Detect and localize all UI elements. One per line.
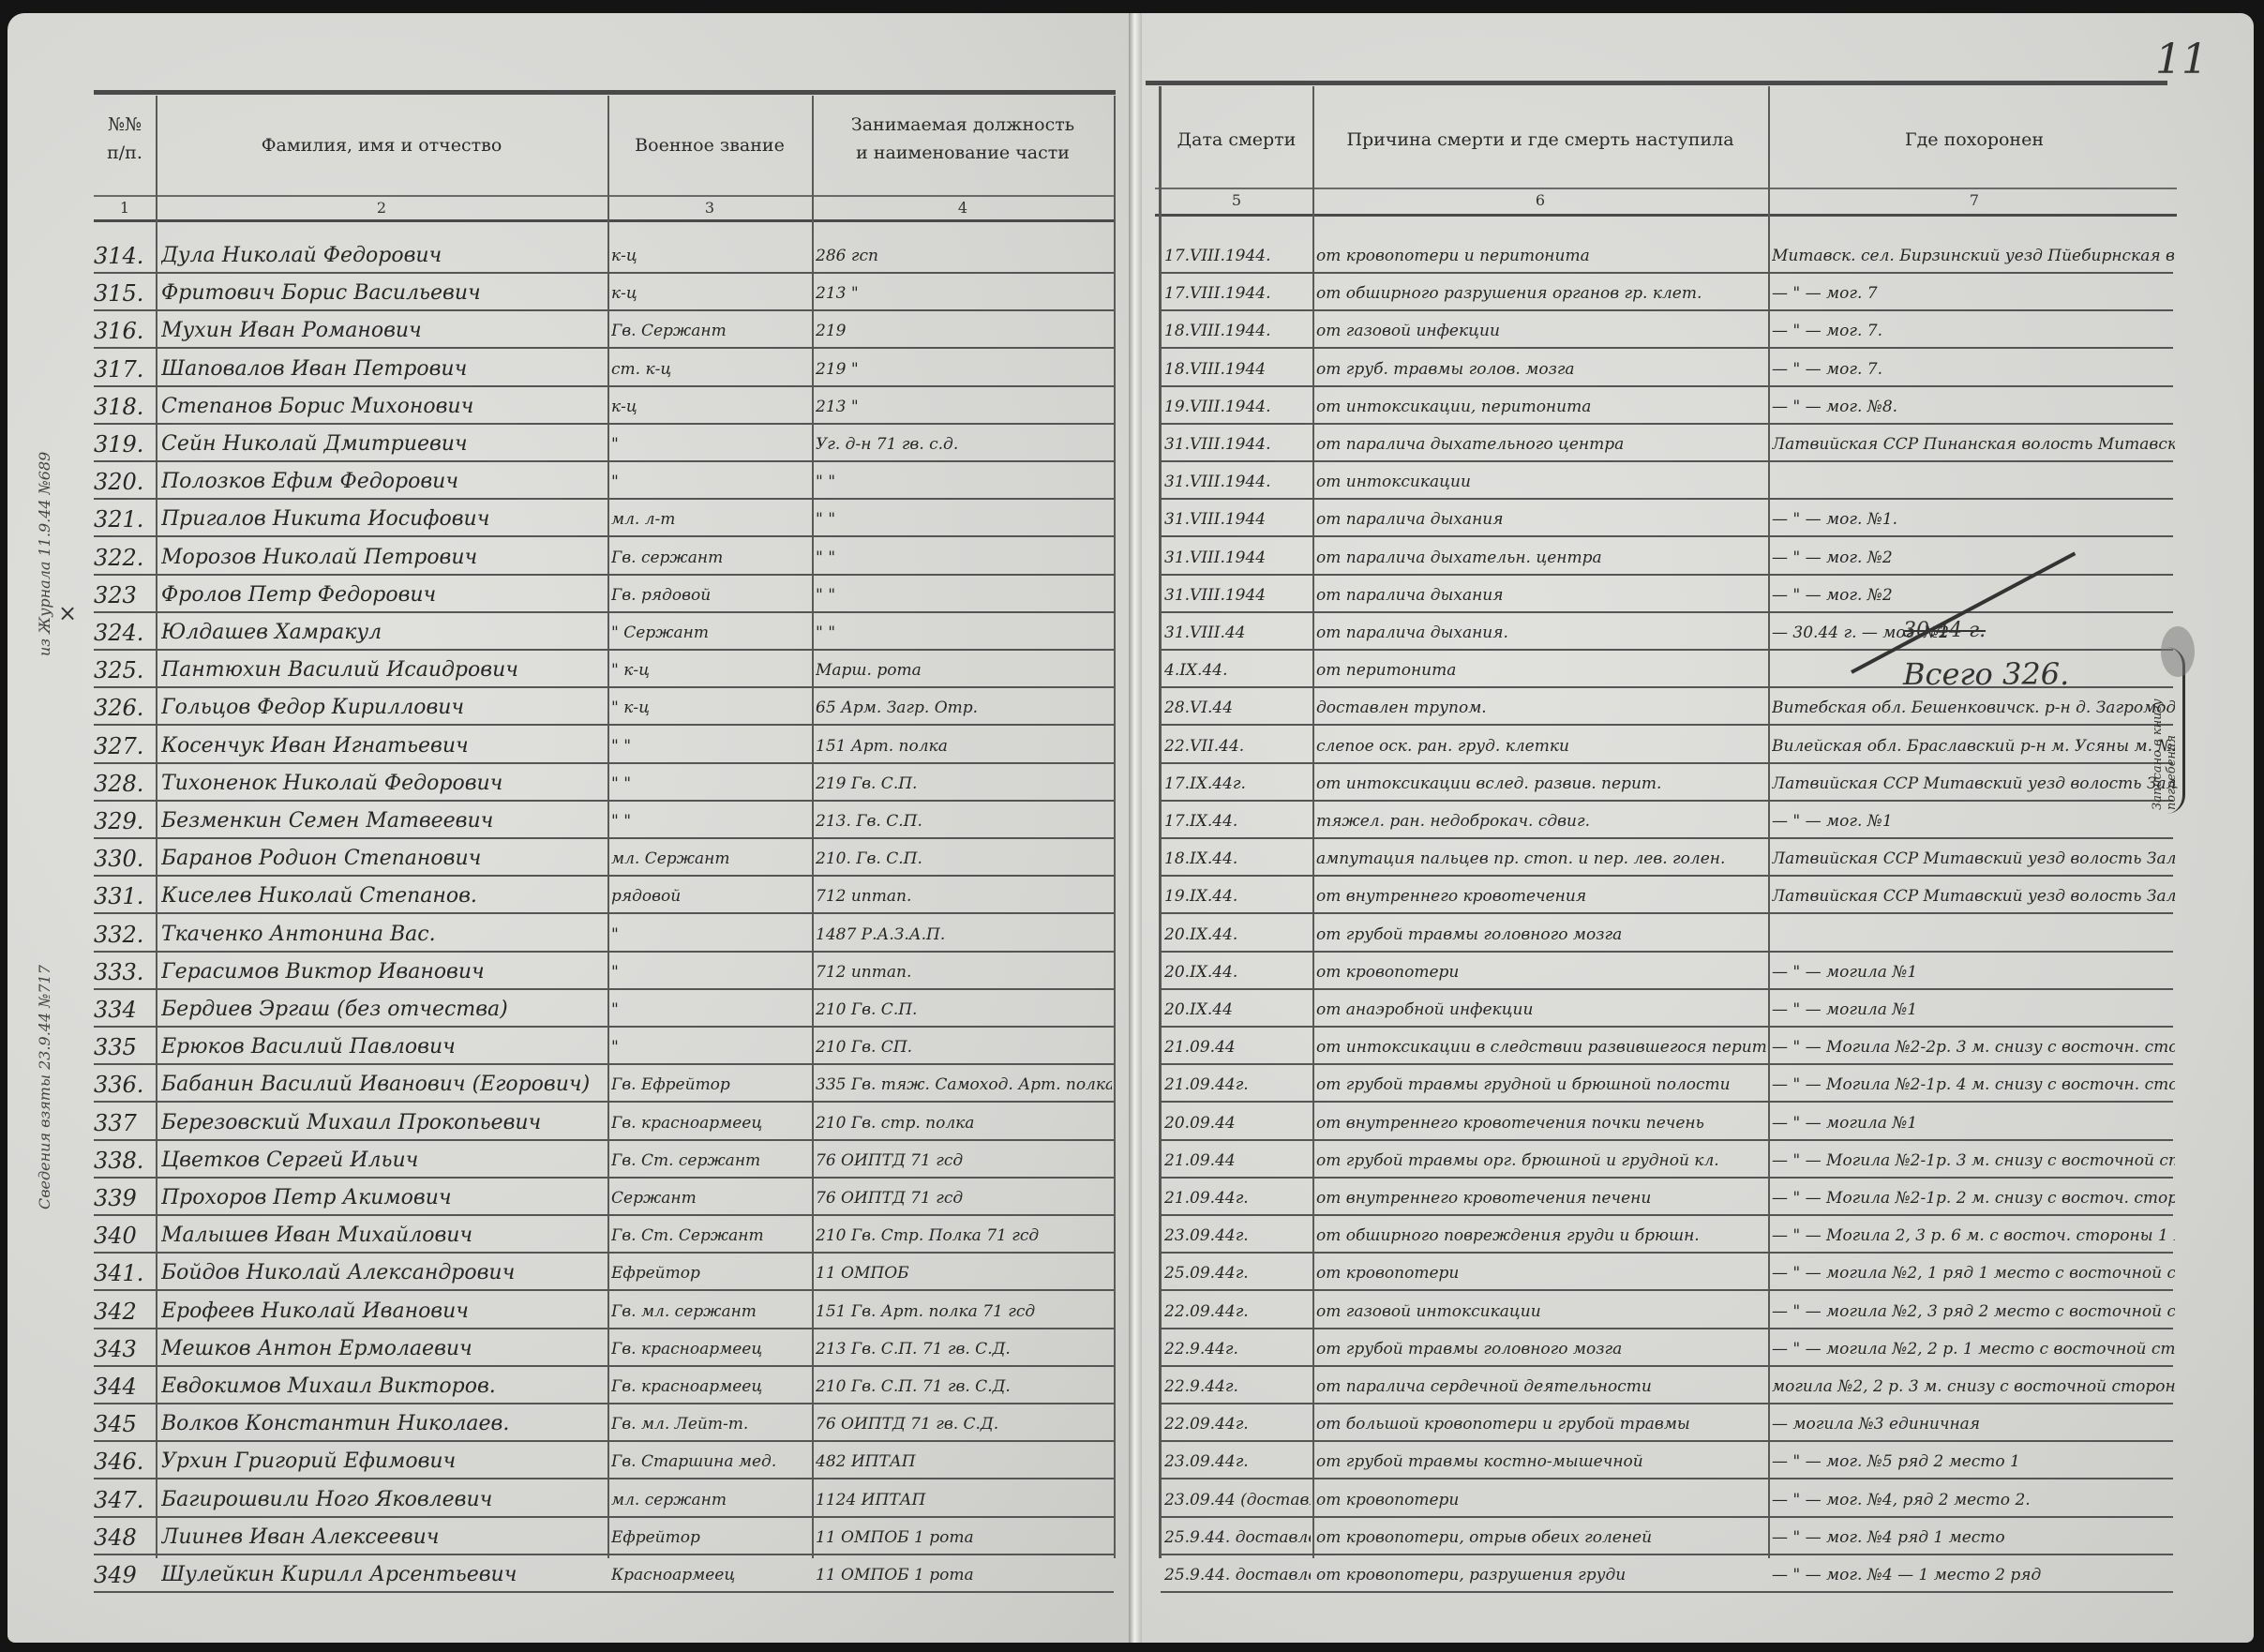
full-name: Косенчук Иван Игнатьевич [161,730,606,762]
unit-position: 11 ОМПОБ 1 рота [816,1522,1112,1554]
death-cause: от паралича дыхательн. центра [1316,542,1766,574]
header-mid-rule-right [1155,188,2177,189]
header-top-rule [94,90,1116,95]
unit-position: 210 Гв. стр. полка [816,1107,1112,1139]
unit-position: 151 Арт. полка [816,730,1112,762]
full-name: Березовский Михаил Прокопьевич [161,1107,606,1139]
row-number: 331. [94,880,156,912]
military-rank: Гв. Ефрейтор [611,1069,810,1101]
full-name: Дула Николай Федорович [161,240,606,272]
death-cause: от кровопотери [1316,1484,1766,1516]
death-cause: от внутреннего кровотечения [1316,880,1766,912]
unit-position: 1487 Р.А.З.А.П. [816,919,1112,951]
burial-place: — " — Могила 2, 3 р. 6 м. с восточ. стор… [1772,1220,2175,1252]
death-cause: от интоксикации в следствии развившегося… [1316,1031,1766,1063]
death-cause: от грубой травмы костно-мышечной [1316,1446,1766,1478]
military-rank: мл. л-т [611,503,810,535]
burial-place: Митавск. сел. Бирзинский уезд Пйебирнска… [1772,240,2175,272]
full-name: Юлдашев Хамракул [161,617,606,649]
row-number: 343 [94,1333,156,1365]
death-cause: от грубой травмы головного мозга [1316,919,1766,951]
row-number: 330. [94,843,156,875]
burial-place: — " — мог. №1. [1772,503,2175,535]
row-number: 326. [94,692,156,724]
row-number: 324. [94,617,156,649]
military-rank: Гв. Сержант [611,315,810,347]
row-number: 323 [94,579,156,611]
military-rank: Гв. рядовой [611,579,810,611]
full-name: Фролов Петр Федорович [161,579,606,611]
death-cause: тяжел. ран. недоброкач. сдвиг. [1316,805,1766,837]
column-number-7: 7 [1768,191,2181,209]
unit-position: 213. Гв. С.П. [816,805,1112,837]
burial-place: — " — Могила №2-1р. 3 м. снизу с восточн… [1772,1145,2175,1177]
burial-place: Латвийская ССР Пинанская волость Митавск… [1772,428,2175,460]
death-date: 22.09.44г. [1164,1296,1311,1328]
full-name: Гольцов Федор Кириллович [161,692,606,724]
death-date: 31.VIII.1944 [1164,503,1311,535]
full-name: Волков Константин Николаев. [161,1408,606,1440]
header-death-cause: Причина смерти и где смерть наступила [1312,126,1768,154]
full-name: Евдокимов Михаил Викторов. [161,1371,606,1403]
military-rank: рядовой [611,880,810,912]
military-rank: " " [611,768,810,800]
death-date: 18.VIII.1944 [1164,353,1311,385]
burial-place: — " — мог. 7. [1772,315,2175,347]
death-date: 21.09.44 [1164,1145,1311,1177]
row-number: 328. [94,768,156,800]
row-number: 319. [94,428,156,460]
unit-position: 219 [816,315,1112,347]
burial-place: могила №2, 2 р. 3 м. снизу с восточной с… [1772,1371,2175,1403]
full-name: Бердиев Эргаш (без отчества) [161,994,606,1026]
row-number: 348 [94,1522,156,1554]
death-date: 23.09.44г. [1164,1446,1311,1478]
military-rank: Гв. красноармеец [611,1371,810,1403]
unit-position: 712 иптап. [816,880,1112,912]
death-date: 25.9.44. доставлен трупом [1164,1559,1311,1591]
unit-position: 335 Гв. тяж. Самоход. Арт. полка [816,1069,1112,1101]
unit-position: 11 ОМПОБ 1 рота [816,1559,1112,1591]
unit-position: 482 ИПТАП [816,1446,1112,1478]
death-date: 31.VIII.1944. [1164,428,1311,460]
burial-place: — " — Могила №2-1р. 4 м. снизу с восточн… [1772,1069,2175,1101]
unit-position: 286 гсп [816,240,1112,272]
burial-place: Латвийская ССР Митавский уезд волость За… [1772,768,2175,800]
unit-position: 213 " [816,278,1112,309]
military-rank: Гв. красноармеец [611,1107,810,1139]
burial-place: — " — могила №2, 3 ряд 2 место с восточн… [1772,1296,2175,1328]
burial-place: — " — мог. №2 [1772,542,2175,574]
header-bottom-rule-right [1155,214,2177,217]
burial-place: — " — мог. №4, ряд 2 место 2. [1772,1484,2175,1516]
death-cause: от интоксикации вслед. развив. перит. [1316,768,1766,800]
full-name: Шаповалов Иван Петрович [161,353,606,385]
unit-position: 210 Гв. СП. [816,1031,1112,1063]
burial-place: — " — мог. №4 — 1 место 2 ряд [1772,1559,2175,1591]
death-date: 22.9.44г. [1164,1371,1311,1403]
death-date: 17.VIII.1944. [1164,240,1311,272]
death-cause: от грубой травмы грудной и брюшной полос… [1316,1069,1766,1101]
death-cause: слепое оск. ран. груд. клетки [1316,730,1766,762]
death-cause: от обширного разрушения органов гр. клет… [1316,278,1766,309]
death-date: 19.IX.44. [1164,880,1311,912]
unit-position: 712 иптап. [816,956,1112,988]
full-name: Полозков Ефим Федорович [161,466,606,498]
row-number: 340 [94,1220,156,1252]
full-name: Бабанин Василий Иванович (Егорович) [161,1069,606,1101]
full-name: Малышев Иван Михайлович [161,1220,606,1252]
military-rank: к-ц [611,240,810,272]
military-rank: к-ц [611,278,810,309]
death-date: 21.09.44г. [1164,1182,1311,1214]
burial-place: — могила №3 единичная [1772,1408,2175,1440]
military-rank: Гв. красноармеец [611,1333,810,1365]
death-cause: от паралича дыхания [1316,579,1766,611]
burial-place: — " — Могила №2-1р. 2 м. снизу с восточ.… [1772,1182,2175,1214]
burial-place: — " — мог. 7 [1772,278,2175,309]
death-cause: от анаэробной инфекции [1316,994,1766,1026]
death-cause: от интоксикации [1316,466,1766,498]
row-number: 314. [94,240,156,272]
unit-position: " " [816,617,1112,649]
unit-position: " " [816,466,1112,498]
death-date: 22.09.44г. [1164,1408,1311,1440]
unit-position: 210 Гв. С.П. [816,994,1112,1026]
row-number: 327. [94,730,156,762]
row-number: 339 [94,1182,156,1214]
death-cause: от паралича сердечной деятельности [1316,1371,1766,1403]
column-number-5: 5 [1161,191,1312,209]
death-date: 31.VIII.1944. [1164,466,1311,498]
death-cause: от кровопотери и перитонита [1316,240,1766,272]
death-cause: от газовой интоксикации [1316,1296,1766,1328]
death-date: 18.IX.44. [1164,843,1311,875]
death-date: 23.09.44г. [1164,1220,1311,1252]
military-rank: Красноармеец [611,1559,810,1591]
burial-place: — " — могила №1 [1772,994,2175,1026]
column-number-1: 1 [94,199,156,217]
death-date: 25.9.44. доставлен трупом [1164,1522,1311,1554]
death-cause: от газовой инфекции [1316,315,1766,347]
column-number-6: 6 [1312,191,1768,209]
column-number-3: 3 [607,199,812,217]
header-top-rule-right [1146,81,2167,85]
full-name: Баранов Родион Степанович [161,843,606,875]
death-date: 31.VIII.44 [1164,617,1311,649]
full-name: Мухин Иван Романович [161,315,606,347]
death-cause: от большой кровопотери и грубой травмы [1316,1408,1766,1440]
unit-position: 210 Гв. Стр. Полка 71 гсд [816,1220,1112,1252]
unit-position: 219 " [816,353,1112,385]
row-number: 322. [94,542,156,574]
unit-position: " " [816,542,1112,574]
death-date: 21.09.44г. [1164,1069,1311,1101]
margin-note-bottom: Сведения взяты 23.9.44 №717 [36,965,53,1209]
row-number: 334 [94,994,156,1026]
page-number: 11 [2155,36,2208,83]
military-rank: мл. сержант [611,1484,810,1516]
death-date: 4.IX.44. [1164,654,1311,686]
row-number: 335 [94,1031,156,1063]
death-cause: от перитонита [1316,654,1766,686]
row-number: 321. [94,503,156,535]
full-name: Лиинев Иван Алексеевич [161,1522,606,1554]
row-number: 338. [94,1145,156,1177]
death-cause: от кровопотери, разрушения груди [1316,1559,1766,1591]
death-cause: от внутреннего кровотечения почки печень [1316,1107,1766,1139]
row-number: 336. [94,1069,156,1101]
total-count: Всего 326. [1903,656,2069,692]
burial-place: — " — мог. №4 ряд 1 место [1772,1522,2175,1554]
death-date: 22.9.44г. [1164,1333,1311,1365]
full-name: Багирошвили Ного Яковлевич [161,1484,606,1516]
death-date: 20.IX.44 [1164,994,1311,1026]
military-rank: Гв. мл. сержант [611,1296,810,1328]
death-cause: от паралича дыхания. [1316,617,1766,649]
unit-position: 151 Гв. Арт. полка 71 гсд [816,1296,1112,1328]
military-rank: Сержант [611,1182,810,1214]
military-rank: Гв. Старшина мед. [611,1446,810,1478]
burial-place: — " — мог. 7. [1772,353,2175,385]
military-rank: к-ц [611,391,810,423]
military-rank: " [611,1031,810,1063]
column-number-2: 2 [156,199,607,217]
full-name: Мешков Антон Ермолаевич [161,1333,606,1365]
death-cause: от паралича дыхания [1316,503,1766,535]
full-name: Ерофеев Николай Иванович [161,1296,606,1328]
unit-position: Уг. д-н 71 гв. с.д. [816,428,1112,460]
full-name: Урхин Григорий Ефимович [161,1446,606,1478]
unit-position: 76 ОИПТД 71 гсд [816,1182,1112,1214]
column-number-4: 4 [812,199,1114,217]
row-number: 333. [94,956,156,988]
death-date: 21.09.44 [1164,1031,1311,1063]
burial-place: — " — могила №1 [1772,956,2175,988]
unit-position: 219 Гв. С.П. [816,768,1112,800]
margin-note-top: из Журнала 11.9.44 №689 [36,452,53,656]
margin-cross-mark: × [58,600,77,626]
death-date: 22.VII.44. [1164,730,1311,762]
death-date: 20.IX.44. [1164,919,1311,951]
row-number: 329. [94,805,156,837]
full-name: Пригалов Никита Иосифович [161,503,606,535]
death-date: 20.09.44 [1164,1107,1311,1139]
military-rank: " [611,956,810,988]
death-cause: от кровопотери, отрыв обеих голеней [1316,1522,1766,1554]
military-rank: " " [611,805,810,837]
unit-position: 210 Гв. С.П. 71 гв. С.Д. [816,1371,1112,1403]
row-number: 320. [94,466,156,498]
death-date: 17.IX.44г. [1164,768,1311,800]
burial-place: — " — Могила №2-2р. 3 м. снизу с восточн… [1772,1031,2175,1063]
unit-position: 11 ОМПОБ [816,1257,1112,1289]
burial-place: Латвийская ССР Митавский уезд волость За… [1772,880,2175,912]
row-number: 347. [94,1484,156,1516]
row-number: 316. [94,315,156,347]
unit-position: Марш. рота [816,654,1112,686]
death-cause: от паралича дыхательного центра [1316,428,1766,460]
death-date: 23.09.44 (доставлен трупом) [1164,1484,1311,1516]
unit-position: 213 Гв. С.П. 71 гв. С.Д. [816,1333,1112,1365]
death-cause: от внутреннего кровотечения печени [1316,1182,1766,1214]
row-number: 341. [94,1257,156,1289]
burial-place: — " — могила №1 [1772,1107,2175,1139]
death-date: 19.VIII.1944. [1164,391,1311,423]
military-rank: Гв. Ст. Сержант [611,1220,810,1252]
burial-place: — " — мог. №1 [1772,805,2175,837]
full-name: Ткаченко Антонина Вас. [161,919,606,951]
row-number: 344 [94,1371,156,1403]
header-death-date: Дата смерти [1161,126,1312,154]
crossed-note: 30.44 г. [1903,619,1986,642]
row-number: 342 [94,1296,156,1328]
full-name: Тихоненок Николай Федорович [161,768,606,800]
unit-position: 65 Арм. Загр. Отр. [816,692,1112,724]
military-rank: Гв. сержант [611,542,810,574]
row-number: 337 [94,1107,156,1139]
military-rank: " [611,919,810,951]
military-rank: " " [611,730,810,762]
header-number: №№ п/п. [94,111,156,167]
unit-position: 1124 ИПТАП [816,1484,1112,1516]
full-name: Сейн Николай Дмитриевич [161,428,606,460]
row-number: 349 [94,1559,156,1591]
row-number: 345 [94,1408,156,1440]
col-divider-4 [1114,96,1116,1558]
burial-place: — " — мог. №5 ряд 2 место 1 [1772,1446,2175,1478]
death-date: 20.IX.44. [1164,956,1311,988]
military-rank: " [611,466,810,498]
full-name: Цветков Сергей Ильич [161,1145,606,1177]
full-name: Прохоров Петр Акимович [161,1182,606,1214]
burial-place: — " — могила №2, 1 ряд 1 место с восточн… [1772,1257,2175,1289]
burial-place: Латвийская ССР Митавский уезд волость За… [1772,843,2175,875]
military-rank: мл. Сержант [611,843,810,875]
burial-place: Вилейская обл. Браславский р-н м. Усяны … [1772,730,2175,762]
death-date: 17.IX.44. [1164,805,1311,837]
death-date: 17.VIII.1944. [1164,278,1311,309]
death-cause: от обширного повреждения груди и брюшн. [1316,1220,1766,1252]
unit-position: 213 " [816,391,1112,423]
military-rank: " [611,994,810,1026]
header-name: Фамилия, имя и отчество [156,131,607,159]
header-burial-place: Где похоронен [1768,126,2181,154]
full-name: Степанов Борис Михонович [161,391,606,423]
full-name: Ерюков Василий Павлович [161,1031,606,1063]
death-date: 31.VIII.1944 [1164,579,1311,611]
unit-position: 76 ОИПТД 71 гсд [816,1145,1112,1177]
death-date: 28.VI.44 [1164,692,1311,724]
death-cause: ампутация пальцев пр. стоп. и пер. лев. … [1316,843,1766,875]
book-spine [1129,13,1142,1643]
military-rank: " Сержант [611,617,810,649]
burial-place: — " — мог. №8. [1772,391,2175,423]
full-name: Фритович Борис Васильевич [161,278,606,309]
death-date: 18.VIII.1944. [1164,315,1311,347]
ink-blot [2161,626,2195,677]
full-name: Безменкин Семен Матвеевич [161,805,606,837]
death-cause: от груб. травмы голов. мозга [1316,353,1766,385]
unit-position: " " [816,503,1112,535]
full-name: Бойдов Николай Александрович [161,1257,606,1289]
row-number: 315. [94,278,156,309]
burial-place [1772,466,2175,498]
military-rank: " к-ц [611,692,810,724]
row-number: 325. [94,654,156,686]
death-date: 25.09.44г. [1164,1257,1311,1289]
military-rank: Ефрейтор [611,1257,810,1289]
death-date: 31.VIII.1944 [1164,542,1311,574]
full-name: Пантюхин Василий Исаидрович [161,654,606,686]
military-rank: Гв. Ст. сержант [611,1145,810,1177]
military-rank: ст. к-ц [611,353,810,385]
full-name: Киселев Николай Степанов. [161,880,606,912]
unit-position: 76 ОИПТД 71 гв. С.Д. [816,1408,1112,1440]
burial-place [1772,919,2175,951]
burial-place: Витебская обл. Бешенковичск. р-н д. Загр… [1772,692,2175,724]
death-cause: от кровопотери [1316,956,1766,988]
military-rank: " к-ц [611,654,810,686]
header-rank: Военное звание [607,131,812,159]
row-number: 318. [94,391,156,423]
unit-position: " " [816,579,1112,611]
burial-place: — " — могила №2, 2 р. 1 место с восточно… [1772,1333,2175,1365]
header-mid-rule [94,195,1116,197]
full-name: Морозов Николай Петрович [161,542,606,574]
military-rank: Гв. мл. Лейт-т. [611,1408,810,1440]
row-number: 346. [94,1446,156,1478]
full-name: Шулейкин Кирилл Арсентьевич [161,1559,606,1591]
death-cause: доставлен трупом. [1316,692,1766,724]
header-bottom-rule [94,219,1116,222]
header-position: Занимаемая должность и наименование част… [812,111,1114,167]
death-cause: от кровопотери [1316,1257,1766,1289]
death-cause: от интоксикации, перитонита [1316,391,1766,423]
row-number: 332. [94,919,156,951]
military-rank: " [611,428,810,460]
death-cause: от грубой травмы головного мозга [1316,1333,1766,1365]
military-rank: Ефрейтор [611,1522,810,1554]
row-number: 317. [94,353,156,385]
unit-position: 210. Гв. С.П. [816,843,1112,875]
full-name: Герасимов Виктор Иванович [161,956,606,988]
death-cause: от грубой травмы орг. брюшной и грудной … [1316,1145,1766,1177]
